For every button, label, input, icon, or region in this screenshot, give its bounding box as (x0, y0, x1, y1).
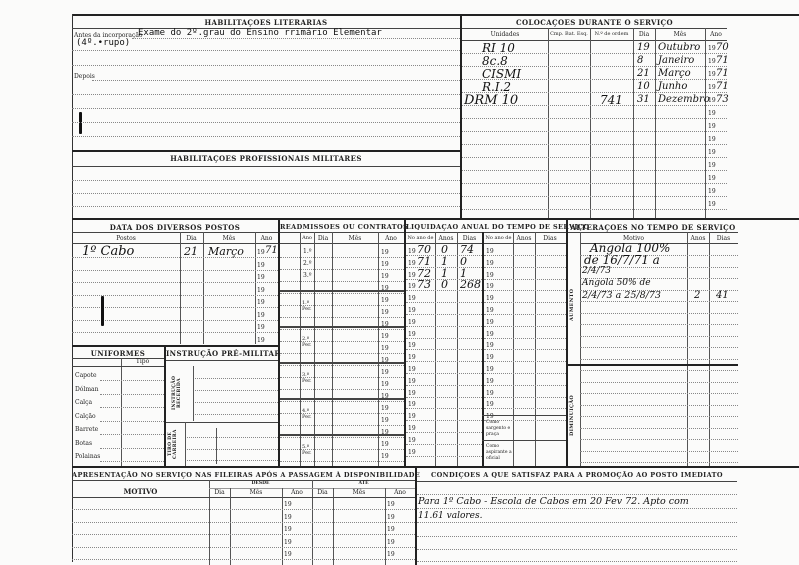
year-prefix: 19 (284, 526, 292, 533)
instrucao-title: INSTRUÇÃO PRÉ-MILITAR (166, 349, 278, 358)
line (72, 559, 415, 560)
year-prefix: 19 (408, 248, 416, 255)
year-prefix: 19 (381, 369, 389, 376)
line (462, 196, 727, 197)
apresentacao-title: APRESENTAÇÃO NO SERVIÇO NAS FILEIRAS APÓ… (72, 471, 415, 479)
header-postos: Postos (72, 235, 180, 242)
year-prefix: 19 (408, 390, 416, 397)
alteracao-dias[interactable]: 41 (716, 290, 729, 301)
year-prefix: 19 (408, 378, 416, 385)
desde-dia: Dia (209, 489, 230, 496)
line (406, 420, 482, 421)
line (72, 136, 460, 137)
col-divider (548, 28, 549, 218)
line (280, 389, 404, 390)
col-divider (705, 28, 706, 218)
line (484, 373, 566, 374)
line (280, 269, 404, 270)
year-prefix: 19 (486, 283, 494, 290)
divider (166, 360, 278, 361)
col-divider (180, 232, 181, 344)
line (462, 209, 727, 210)
col-divider (193, 366, 194, 421)
motivo-line-5[interactable]: 2/4/73 a 25/8/73 (582, 290, 661, 301)
mes-value[interactable]: Junho (658, 81, 687, 92)
year-prefix: 19 (381, 273, 389, 280)
alteracao-anos[interactable]: 2 (694, 290, 700, 301)
line (417, 508, 737, 509)
year-prefix: 19 (408, 354, 416, 361)
col-divider (121, 358, 122, 466)
line (100, 448, 164, 449)
line (484, 290, 566, 291)
uniforme-item: Calça (75, 399, 92, 406)
line (72, 193, 460, 194)
data-postos-title: DATA DOS DIVERSOS POSTOS (72, 223, 278, 232)
col-divider (255, 232, 256, 344)
year-prefix: 19 (486, 248, 494, 255)
line (195, 414, 278, 415)
year-prefix: 19 (408, 425, 416, 432)
line (72, 522, 415, 523)
year-prefix: 19 (381, 249, 389, 256)
divider (72, 232, 278, 233)
divider (482, 440, 566, 441)
line (580, 451, 738, 452)
ano-value[interactable]: 70 (716, 42, 729, 53)
line (484, 361, 566, 362)
depois-label: Depois (74, 73, 95, 80)
ano-ordinal: 2.º (303, 260, 312, 267)
line (406, 338, 482, 339)
year-prefix: 19 (486, 342, 494, 349)
line (280, 341, 404, 342)
line (580, 393, 738, 394)
divider (72, 150, 460, 152)
year-prefix: 19 (708, 188, 716, 195)
vertical-divider (566, 218, 568, 466)
line (406, 373, 482, 374)
year-prefix: 19 (284, 539, 292, 546)
line (280, 401, 404, 402)
divider (482, 415, 566, 416)
line (580, 405, 738, 406)
line (72, 534, 415, 535)
year-prefix: 19 (381, 297, 389, 304)
como-sargento-label: Como sargento e praça (486, 420, 512, 438)
line (72, 94, 460, 95)
ate-dia: Dia (312, 489, 333, 496)
line (417, 549, 737, 550)
line (280, 257, 404, 258)
condicoes-line-2[interactable]: 11.61 valores. (418, 511, 482, 521)
habilitacoes-profissionais-title: HABILITAÇOES PROFISSIONAIS MILITARES (72, 154, 460, 163)
header-anos2: Anos (513, 235, 535, 242)
line (100, 421, 164, 422)
line (484, 255, 566, 256)
line (484, 314, 566, 315)
year-prefix: 19 (486, 390, 494, 397)
divider (280, 362, 404, 364)
line (280, 329, 404, 330)
ate-ano: Ano (385, 489, 415, 496)
header-cmp: Cmp. Bat. Esq. (548, 31, 590, 37)
ate-header: ATÉ (312, 481, 415, 486)
line (580, 347, 738, 348)
year-prefix: 19 (486, 378, 494, 385)
year-prefix: 19 (381, 309, 389, 316)
col-divider (185, 422, 186, 466)
uniforme-item: Dólman (75, 386, 98, 393)
uniforme-item: Polainas (75, 453, 100, 460)
divider (568, 364, 738, 366)
tiro-carreira-label: TIRO DE CARREIRA (168, 425, 182, 463)
liq-ano[interactable]: 73 (417, 278, 431, 291)
line (484, 279, 566, 280)
line (580, 439, 738, 440)
year-prefix: 19 (408, 319, 416, 326)
ano-ordinal: 3.º (303, 272, 312, 279)
divider (72, 345, 278, 347)
year-prefix: 19 (257, 337, 265, 344)
year-prefix: 19 (486, 366, 494, 373)
year-prefix: 19 (708, 123, 716, 130)
header-dias2: Dias (535, 235, 565, 242)
year-prefix: 19 (708, 136, 716, 143)
line (462, 131, 727, 132)
line (280, 377, 404, 378)
line (406, 444, 482, 445)
uniforme-item: Barrete (75, 426, 98, 433)
year-prefix: 19 (408, 342, 416, 349)
header-dia: Dia (633, 31, 655, 38)
line (580, 301, 738, 302)
readmissoes-title: READMISSOES OU CONTRATOS (280, 223, 404, 231)
col-divider (203, 232, 204, 344)
liq-dias[interactable]: 268 (460, 278, 481, 291)
unidade-value[interactable]: R.I.2 (482, 80, 511, 94)
ano-value[interactable]: 71 (716, 55, 729, 66)
line (406, 432, 482, 433)
header-unidades: Unidades (462, 31, 548, 38)
vertical-divider (278, 218, 280, 466)
dia-value[interactable]: 31 (637, 94, 650, 105)
condicoes-line-1[interactable]: Para 1º Cabo - Escola de Cabos em 20 Fev… (418, 496, 689, 507)
divider (280, 398, 404, 400)
line (100, 380, 164, 381)
liquidacao-title: LIQUIDAÇAO ANUAL DO TEMPO DE SERVIÇO (406, 223, 566, 231)
year-prefix: 19 (408, 413, 416, 420)
year-prefix: 19 (486, 319, 494, 326)
mes-value[interactable]: Janeiro (658, 55, 694, 66)
line (484, 408, 566, 409)
col-divider (216, 428, 217, 464)
line (100, 434, 164, 435)
ano-ordinal: 1.º (303, 248, 312, 255)
posto-ano[interactable]: 71 (265, 245, 278, 256)
top-border (72, 14, 799, 16)
line (187, 437, 278, 438)
col-divider (300, 232, 301, 466)
year-prefix: 19 (486, 260, 494, 267)
year-prefix: 19 (708, 110, 716, 117)
year-prefix: 19 (408, 272, 416, 279)
line (280, 461, 404, 462)
line (406, 349, 482, 350)
col-divider (230, 488, 231, 565)
year-prefix: 19 (387, 539, 395, 546)
condicoes-title: CONDIÇOES A QUE SATISFAZ PARA A PROMOÇÃO… (417, 471, 737, 479)
year-prefix: 19 (381, 261, 389, 268)
year-prefix: 19 (284, 551, 292, 558)
line (484, 267, 566, 268)
year-prefix: 19 (381, 333, 389, 340)
line (280, 365, 404, 366)
year-prefix: 19 (708, 58, 716, 65)
col-divider (590, 28, 591, 218)
col-divider (633, 28, 634, 218)
vertical-divider (164, 345, 166, 466)
line (580, 313, 738, 314)
header-dias: Dias (709, 235, 738, 242)
line (462, 144, 727, 145)
line (484, 397, 566, 398)
year-prefix: 19 (486, 295, 494, 302)
desde-header: DESDE (209, 481, 312, 486)
antes-value-line1[interactable]: Exame do 2º.grau do Ensino rrimário Elem… (138, 28, 382, 38)
ordem-value[interactable]: 741 (600, 93, 623, 107)
motivo-header: MOTIVO (72, 487, 209, 496)
year-prefix: 19 (257, 299, 265, 306)
posto-dia[interactable]: 21 (184, 245, 198, 258)
year-prefix: 19 (486, 272, 494, 279)
year-prefix: 19 (486, 354, 494, 361)
year-prefix: 19 (257, 262, 265, 269)
top-section-divider (460, 14, 462, 218)
divider (280, 326, 404, 328)
line (195, 378, 278, 379)
uniforme-item: Botas (75, 440, 92, 447)
line (195, 390, 278, 391)
year-prefix: 19 (381, 441, 389, 448)
year-prefix: 19 (408, 295, 416, 302)
header-anos: Anos (435, 235, 457, 242)
line (406, 314, 482, 315)
divider (72, 166, 460, 167)
line (280, 353, 404, 354)
year-prefix: 19 (387, 514, 395, 521)
line (580, 359, 738, 360)
line (72, 65, 460, 66)
line (72, 122, 460, 123)
year-prefix: 19 (486, 331, 494, 338)
line (484, 302, 566, 303)
line (92, 80, 460, 81)
line (406, 361, 482, 362)
line (406, 385, 482, 386)
line (406, 456, 482, 457)
line (72, 332, 278, 333)
dia-value[interactable]: 8 (637, 55, 643, 66)
line (72, 282, 278, 283)
ate-mes: Mês (333, 489, 385, 496)
line (462, 118, 727, 119)
line (417, 561, 737, 562)
line (280, 317, 404, 318)
ano-value[interactable]: 71 (716, 81, 729, 92)
year-prefix: 19 (387, 526, 395, 533)
line (417, 536, 737, 537)
motivo-line-2[interactable]: de 16/7/71 a (584, 253, 660, 267)
line (280, 413, 404, 414)
posto-value[interactable]: 1º Cabo (82, 244, 134, 259)
divider (72, 366, 164, 367)
posto-mes[interactable]: Março (208, 245, 244, 258)
antes-value-line2[interactable]: (4º.•rupo) (76, 38, 130, 48)
bottom-top-border (72, 466, 799, 468)
tipo-header: Tipo (121, 358, 164, 365)
line (406, 397, 482, 398)
line (280, 437, 404, 438)
uniformes-title: UNIFORMES (72, 349, 164, 358)
divider (568, 232, 738, 233)
alteracoes-title: ALTERAÇOES NO TEMPO DE SERVIÇO (568, 223, 738, 232)
year-prefix: 19 (381, 453, 389, 460)
margin-mark (101, 296, 104, 326)
year-prefix: 19 (257, 324, 265, 331)
line (580, 416, 738, 417)
line (462, 183, 727, 184)
unidade-value[interactable]: RI 10 (482, 41, 515, 55)
header-dias: Dias (457, 235, 482, 242)
line (484, 338, 566, 339)
line (484, 326, 566, 327)
year-prefix: 19 (408, 437, 416, 444)
periodo-label: 2.º Per. (302, 336, 314, 348)
year-prefix: 19 (257, 312, 265, 319)
year-prefix: 19 (408, 449, 416, 456)
periodo-label: 1.º Per. (302, 300, 314, 312)
line (580, 428, 738, 429)
line (100, 407, 164, 408)
motivo-line-3[interactable]: 2/4/73 (582, 266, 611, 276)
header-no-ano2: No ano de (484, 235, 513, 241)
year-prefix: 19 (381, 381, 389, 388)
header-anos: Anos (687, 235, 709, 242)
uniforme-item: Capote (75, 372, 97, 379)
divider (72, 497, 415, 498)
ano-value[interactable]: 73 (716, 94, 729, 105)
mes-value[interactable]: Outubro (658, 42, 700, 53)
ano-value[interactable]: 71 (716, 68, 729, 79)
header-mes: Mês (203, 235, 255, 242)
colocacoes-title: COLOCAÇOES DURANTE O SERVIÇO (462, 18, 727, 27)
line (484, 349, 566, 350)
line (72, 108, 460, 109)
unidade-value[interactable]: DRM 10 (464, 93, 518, 108)
year-prefix: 19 (708, 71, 716, 78)
mes-value[interactable]: Dezembro (658, 94, 710, 105)
mes-value[interactable]: Março (658, 68, 691, 79)
line (187, 449, 278, 450)
line (187, 460, 278, 461)
year-prefix: 19 (708, 201, 716, 208)
line (580, 336, 738, 337)
divider (280, 290, 404, 292)
year-prefix: 19 (486, 401, 494, 408)
line (72, 270, 278, 271)
motivo-line-4[interactable]: Angola 50% de (582, 278, 651, 288)
line (580, 324, 738, 325)
header-ano: Ano (300, 235, 314, 241)
col-divider (385, 488, 386, 565)
como-aspirante-label: Como aspirante a oficial (486, 444, 512, 462)
divider (166, 422, 278, 423)
year-prefix: 19 (284, 501, 292, 508)
header-mes: Mês (332, 235, 378, 242)
uniforme-item: Calção (75, 413, 96, 420)
line (72, 509, 415, 510)
line (580, 462, 738, 463)
liq-anos[interactable]: 0 (441, 278, 448, 291)
dia-value[interactable]: 19 (637, 42, 650, 53)
dia-value[interactable]: 10 (637, 81, 650, 92)
year-prefix: 19 (708, 45, 716, 52)
line (132, 38, 460, 39)
periodo-label: 5.º Per. (302, 444, 314, 456)
line (195, 402, 278, 403)
header-no-ano: No ano de (406, 235, 435, 241)
divider (280, 243, 404, 244)
header-ano2: Ano (378, 235, 404, 242)
divider (280, 434, 404, 436)
line (580, 370, 738, 371)
periodo-label: 3.º Per. (302, 372, 314, 384)
aumento-label: AUMENTO (569, 285, 575, 325)
divider (280, 232, 404, 233)
line (484, 385, 566, 386)
year-prefix: 19 (708, 84, 716, 91)
unidade-value[interactable]: CISMI (482, 67, 521, 81)
line (280, 305, 404, 306)
margin-mark (79, 112, 82, 134)
year-prefix: 19 (408, 401, 416, 408)
year-prefix: 19 (381, 417, 389, 424)
line (72, 50, 460, 51)
divider (406, 232, 566, 233)
header-dia: Dia (314, 235, 332, 242)
diminuicao-label: DIMINUIÇÃO (569, 390, 575, 440)
year-prefix: 19 (408, 366, 416, 373)
header-dia: Dia (180, 235, 203, 242)
col-divider (333, 488, 334, 565)
desde-ano: Ano (282, 489, 312, 496)
line (100, 394, 164, 395)
dia-value[interactable]: 21 (637, 68, 650, 79)
line (406, 326, 482, 327)
divider (462, 28, 727, 29)
header-mes: Mês (655, 31, 705, 38)
year-prefix: 19 (284, 514, 292, 521)
year-prefix: 19 (408, 283, 416, 290)
year-prefix: 19 (381, 345, 389, 352)
year-prefix: 19 (408, 331, 416, 338)
header-ordem: N.º de ordem (590, 31, 633, 37)
col-divider (314, 232, 315, 466)
line (72, 206, 460, 207)
year-prefix: 19 (387, 551, 395, 558)
unidade-value[interactable]: 8c.8 (482, 54, 508, 68)
